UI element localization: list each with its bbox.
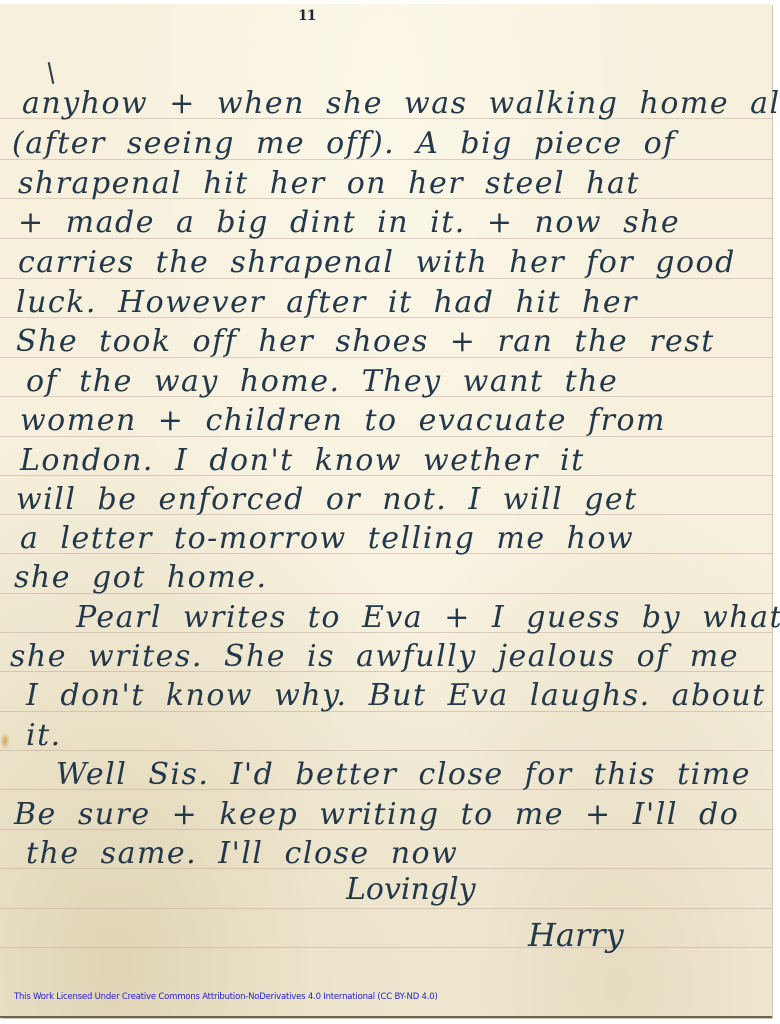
letter-signature: Harry [528, 916, 624, 954]
license-notice: This Work Licensed Under Creative Common… [14, 992, 438, 1002]
letter-page: 11 anyhow + when she was walking home al… [0, 4, 772, 1018]
letter-line: she got home. [14, 558, 267, 598]
letter-line: I don't know why. But Eva laughs. about [26, 676, 766, 716]
letter-line: women + children to evacuate from [20, 401, 666, 441]
letter-line: London. I don't know wether it [20, 441, 585, 481]
letter-line: + made a big dint in it. + now she [18, 203, 680, 243]
letter-closing: Lovingly [346, 872, 476, 907]
letter-line: carries the shrapenal with her for good [18, 243, 736, 283]
letter-line: shrapenal hit her on her steel hat [18, 164, 640, 204]
letter-line: Well Sis. I'd better close for this time [56, 755, 751, 795]
letter-line: luck. However after it had hit her [16, 283, 638, 323]
letter-line: Pearl writes to Eva + I guess by what [76, 598, 780, 638]
letter-line: Be sure + keep writing to me + I'll do [14, 795, 739, 835]
letter-line: the same. I'll close now [26, 834, 458, 874]
letter-line: it. [26, 716, 62, 756]
letter-line: anyhow + when she was walking home alone [22, 84, 780, 124]
letter-line: (after seeing me off). A big piece of [12, 124, 676, 164]
letter-line: a letter to-morrow telling me how [20, 519, 634, 559]
letter-line: of the way home. They want the [26, 362, 618, 402]
letter-line: will be enforced or not. I will get [16, 480, 638, 520]
letter-body: anyhow + when she was walking home alone… [0, 4, 772, 1016]
letter-line: she writes. She is awfully jealous of me [10, 637, 739, 677]
letter-line: She took off her shoes + ran the rest [16, 322, 715, 362]
